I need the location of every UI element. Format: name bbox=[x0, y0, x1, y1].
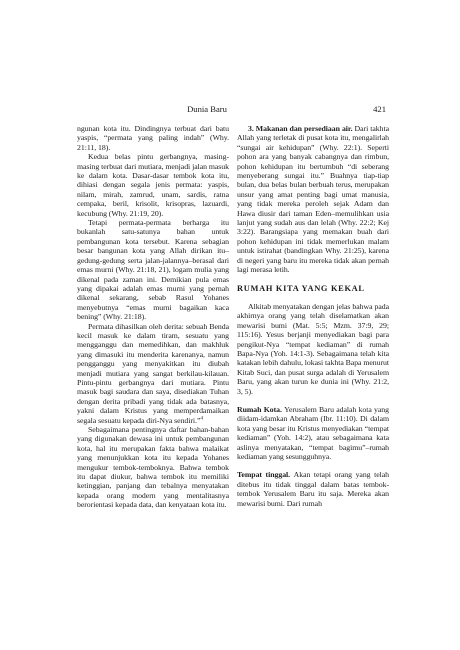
page-header: Dunia Baru 421 bbox=[77, 104, 388, 116]
footnote-marker: 4 bbox=[200, 415, 203, 421]
body-paragraph: Alkitab menyatakan dengan jelas bahwa pa… bbox=[237, 302, 389, 396]
paragraph-lead: Tempat tinggal. bbox=[237, 470, 294, 479]
body-paragraph: Permata dihasilkan oleh derita: sebuah B… bbox=[77, 322, 229, 425]
page-number: 421 bbox=[373, 104, 386, 114]
body-paragraph: Tempat tinggal. Akan tetapi orang yang t… bbox=[237, 470, 389, 508]
text-columns: ngunan kota itu. Dindingnya terbuat dari… bbox=[77, 124, 389, 510]
left-column: ngunan kota itu. Dindingnya terbuat dari… bbox=[77, 124, 229, 510]
section-heading: RUMAH KITA YANG KEKAL bbox=[237, 284, 389, 293]
body-paragraph: ngunan kota itu. Dindingnya terbuat dari… bbox=[77, 124, 229, 152]
body-paragraph: 3. Makanan dan persediaan air. Dari takh… bbox=[237, 124, 389, 275]
paragraph-lead: 3. Makanan dan persediaan air. bbox=[248, 124, 355, 133]
body-paragraph: Rumah Kota. Yerusalem Baru adalah kota y… bbox=[237, 405, 389, 461]
running-head-title: Dunia Baru bbox=[77, 104, 337, 114]
book-page: Dunia Baru 421 ngunan kota itu. Dindingn… bbox=[0, 0, 460, 650]
paragraph-lead: Rumah Kota. bbox=[237, 405, 284, 414]
body-paragraph: Sebagaimana pentingnya daftar bahan-baha… bbox=[77, 425, 229, 510]
right-column: 3. Makanan dan persediaan air. Dari takh… bbox=[237, 124, 389, 510]
body-paragraph: Tetapi permata-permata berharga itu buka… bbox=[77, 218, 229, 321]
body-paragraph: Kedua belas pintu gerbangnya, masing-mas… bbox=[77, 152, 229, 218]
